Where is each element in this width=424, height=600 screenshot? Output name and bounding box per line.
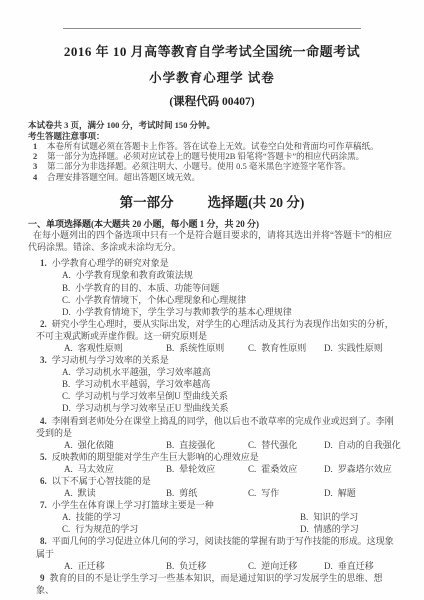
option-text: 正迁移 [78,561,105,571]
question-stem: 6.以下不属于心智技能的是 [28,475,396,487]
option-item: B.知识的学习 [300,511,396,523]
exam-info: 本试卷共 3 页，满分 100 分，考试时间 150 分钟。 [28,120,396,131]
question-number: 5. [40,452,47,462]
question-text: 学习动机与学习效率的关系是 [52,355,169,365]
option-label: D. [62,403,71,413]
option-label: D. [324,561,333,571]
option-label: A. [64,440,73,450]
option-text: 教育性原则 [261,343,306,353]
options: A.默读 B.剪纸 C.写作 D.解题 [28,487,396,499]
option-text: 马太效应 [78,464,114,474]
option-text: 写作 [261,488,279,498]
notice-item: 3 第二部分为非选择题。必须注明大、小题号。使用 0.5 毫米黑色字迹签字笔作答… [28,161,396,171]
notice-title: 考生答题注意事项： [28,131,396,142]
subsection-note: 在每小题列出的四个备选项中只有一个是符合题目要求的，请将其选出并将“答题卡”的相… [28,230,396,253]
option-text: 垂直迁移 [338,561,374,571]
question-text: 小学教育心理学的研究对象是 [52,258,169,268]
question-number: 4. [40,416,47,426]
question-number: 6. [40,476,47,486]
option-item: D.情感的学习 [300,523,396,535]
option-text: 罗森塔尔效应 [338,464,392,474]
option-text: 技能的学习 [76,512,121,522]
question-stem: 8.平面几何的学习促进立体几何的学习，阅读技能的掌握有助于写作技能的形成。这现象… [28,535,396,559]
question-number: 2. [40,319,47,329]
question-5: 5.反映教师的期望能对学生产生巨大影响的心理效应是 A.马太效应 B.晕轮效应 … [28,451,396,475]
option-item: B.晕轮效应 [166,463,248,475]
option-text: 逆向迁移 [261,561,297,571]
question-number: 9 [40,573,45,583]
option-item: B.负迁移 [166,560,248,572]
option-label: C. [248,561,256,571]
question-7: 7.小学生在体育课上学习打篮球主要是一种 A.技能的学习 B.知识的学习 C.行… [28,499,396,535]
option-text: 小学教育的目的、本质、功能等问题 [75,283,219,293]
option-text: 系统性原则 [179,343,224,353]
notice-text: 第一部分为选择题。必须对应试卷上的题号使用2B 铅笔将“答题卡”的相应代码涂黑。 [47,151,396,161]
option-item: A.强化依随 [64,439,166,451]
option-item: D.垂直迁移 [324,560,396,572]
option-label: D. [324,440,333,450]
option-text: 小学教育现象和教育政策法规 [76,270,193,280]
question-1: 1.小学教育心理学的研究对象是 A.小学教育现象和教育政策法规 B.小学教育的目… [28,257,396,317]
option-label: D. [324,488,333,498]
exam-paper-page: 2016 年 10 月高等教育自学考试全国统一命题考试 小学教育心理学 试卷 (… [0,0,424,600]
notice-item: 4 合理安排答题空间。超出答题区域无效。 [28,172,396,182]
option-text: 小学教育情境下，学生学习与教师教学的基本心理规律 [76,307,292,317]
option-text: 学习动机与学习效率呈倒U 型曲线关系 [75,391,228,401]
option-item: D.小学教育情境下，学生学习与教师教学的基本心理规律 [62,306,396,318]
question-text: 反映教师的期望能对学生产生巨大影响的心理效应是 [52,452,259,462]
exam-subtitle: 小学教育心理学 试卷 [28,68,396,86]
question-list: 1.小学教育心理学的研究对象是 A.小学教育现象和教育政策法规 B.小学教育的目… [28,257,396,596]
question-4: 4.李刚看到老师处分在课堂上捣乱的同学，他以后也不敢草率的完成作业或迟到了。李刚… [28,415,396,451]
header-rule [63,28,361,29]
option-text: 客观性原则 [78,343,123,353]
question-stem: 9教育的目的不是让学生学习一些基本知识，而是通过知识的学习发展学生的思维、想象、 [28,572,396,596]
part-title: 选择题(共 20 分) [208,195,305,210]
option-label: A. [62,367,71,377]
option-label: B. [166,488,174,498]
notice-item: 1 本卷所有试题必须在答题卡上作答。答在试卷上无效。试卷空白处和背面均可作草稿纸… [28,141,396,151]
option-label: C. [248,464,256,474]
question-stem: 7.小学生在体育课上学习打篮球主要是一种 [28,499,396,511]
question-3: 3.学习动机与学习效率的关系是 A.学习动机水平越强，学习效率越高 B.学习动机… [28,354,396,414]
option-text: 剪纸 [179,488,197,498]
section-heading: 第一部分选择题(共 20 分) [28,191,396,211]
course-code: (课程代码 00407) [28,93,396,109]
notice-text: 第二部分为非选择题。必须注明大、小题号。使用 0.5 毫米黑色字迹签字笔作答。 [47,161,396,171]
notice-number: 2 [28,151,47,161]
question-text: 李刚看到老师处分在课堂上捣乱的同学，他以后也不敢草率的完成作业或迟到了。李刚受到… [36,416,394,438]
option-item: B.小学教育的目的、本质、功能等问题 [62,282,396,294]
option-label: A. [64,343,73,353]
options: A.学习动机水平越强，学习效率越高 B.学习动机水平越弱，学习效率越高 C.学习… [28,366,396,414]
option-label: B. [300,512,308,522]
option-label: D. [62,307,71,317]
option-text: 晕轮效应 [179,464,215,474]
options: A.正迁移 B.负迁移 C.逆向迁移 D.垂直迁移 [28,560,396,572]
question-stem: 1.小学教育心理学的研究对象是 [28,257,396,269]
question-text: 教育的目的不是让学生学习一些基本知识，而是通过知识的学习发展学生的思维、想象、 [36,573,383,595]
option-text: 自动的自我强化 [338,440,401,450]
option-label: B. [166,343,174,353]
exam-title: 2016 年 10 月高等教育自学考试全国统一命题考试 [28,41,396,60]
option-item: D.实践性原则 [324,342,396,354]
option-item: A.默读 [64,487,166,499]
question-9: 9教育的目的不是让学生学习一些基本知识，而是通过知识的学习发展学生的思维、想象、 [28,572,396,596]
option-label: A. [64,561,73,571]
option-label: C. [62,524,70,534]
option-item: C.逆向迁移 [248,560,324,572]
question-text: 研究小学生心理时，要从实际出发，对学生的心理活动及其行为表现作出如实的分析，不可… [36,319,394,341]
option-item: A.学习动机水平越强，学习效率越高 [62,366,396,378]
question-text: 小学生在体育课上学习打篮球主要是一种 [52,500,214,510]
option-label: A. [64,464,73,474]
notice-text: 合理安排答题空间。超出答题区域无效。 [47,172,396,182]
option-text: 直接强化 [179,440,215,450]
notice-text: 本卷所有试题必须在答题卡上作答。答在试卷上无效。试卷空白处和背面均可作草稿纸。 [47,141,396,151]
option-text: 情感的学习 [314,524,359,534]
option-label: C. [248,440,256,450]
option-text: 学习动机水平越弱，学习效率越高 [75,379,210,389]
question-stem: 5.反映教师的期望能对学生产生巨大影响的心理效应是 [28,451,396,463]
option-label: C. [248,488,256,498]
notice-number: 1 [28,141,47,151]
option-item: A.客观性原则 [64,342,166,354]
option-text: 解题 [338,488,356,498]
option-text: 负迁移 [179,561,206,571]
option-label: D. [324,464,333,474]
option-text: 小学教育情境下，个体心理现象和心理规律 [75,295,246,305]
option-item: C.行为规范的学习 [62,523,300,535]
option-item: B.学习动机水平越弱，学习效率越高 [62,378,396,390]
option-item: A.马太效应 [64,463,166,475]
notice-item: 2 第一部分为选择题。必须对应试卷上的题号使用2B 铅笔将“答题卡”的相应代码涂… [28,151,396,161]
option-item: B.直接强化 [166,439,248,451]
question-number: 7. [40,500,47,510]
option-item: C.写作 [248,487,324,499]
options: A.技能的学习 B.知识的学习 C.行为规范的学习 D.情感的学习 [28,511,396,535]
notice-number: 4 [28,172,47,182]
option-label: C. [62,391,70,401]
option-text: 知识的学习 [313,512,358,522]
options: A.马太效应 B.晕轮效应 C.霍桑效应 D.罗森塔尔效应 [28,463,396,475]
option-item: A.小学教育现象和教育政策法规 [62,269,396,281]
option-text: 默读 [78,488,96,498]
option-label: D. [300,524,309,534]
option-item: A.技能的学习 [62,511,300,523]
option-label: C. [62,295,70,305]
option-item: C.学习动机与学习效率呈倒U 型曲线关系 [62,390,396,402]
question-stem: 4.李刚看到老师处分在课堂上捣乱的同学，他以后也不敢草率的完成作业或迟到了。李刚… [28,415,396,439]
question-number: 1. [40,258,47,268]
question-text: 以下不属于心智技能的是 [52,476,151,486]
option-text: 强化依随 [78,440,114,450]
option-label: B. [166,561,174,571]
question-number: 8. [40,536,47,546]
option-item: B.剪纸 [166,487,248,499]
option-item: D.学习动机与学习效率呈正U 型曲线关系 [62,402,396,414]
question-2: 2.研究小学生心理时，要从实际出发，对学生的心理活动及其行为表现作出如实的分析，… [28,318,396,354]
question-6: 6.以下不属于心智技能的是 A.默读 B.剪纸 C.写作 D.解题 [28,475,396,499]
option-text: 实践性原则 [338,343,383,353]
part-label: 第一部分 [120,195,174,210]
option-text: 行为规范的学习 [75,524,138,534]
option-label: B. [62,283,70,293]
option-label: B. [166,464,174,474]
options: A.强化依随 B.直接强化 C.替代强化 D.自动的自我强化 [28,439,396,451]
question-number: 3. [40,355,47,365]
option-item: C.小学教育情境下，个体心理现象和心理规律 [62,294,396,306]
notice-number: 3 [28,161,47,171]
option-item: D.自动的自我强化 [324,439,401,451]
option-label: D. [324,343,333,353]
option-item: D.解题 [324,487,396,499]
option-item: C.霍桑效应 [248,463,324,475]
option-label: C. [248,343,256,353]
option-item: B.系统性原则 [166,342,248,354]
question-text: 平面几何的学习促进立体几何的学习，阅读技能的掌握有助于写作技能的形成。这现象属于 [36,536,394,558]
options: A.小学教育现象和教育政策法规 B.小学教育的目的、本质、功能等问题 C.小学教… [28,269,396,317]
question-stem: 2.研究小学生心理时，要从实际出发，对学生的心理活动及其行为表现作出如实的分析，… [28,318,396,342]
options: A.客观性原则 B.系统性原则 C.教育性原则 D.实践性原则 [28,342,396,354]
option-item: C.替代强化 [248,439,324,451]
option-label: B. [166,440,174,450]
option-text: 替代强化 [261,440,297,450]
subsection-heading: 一、单项选择题(本大题共 20 小题，每小题 1 分，共 20 分) [28,219,396,231]
option-label: A. [62,270,71,280]
option-label: B. [62,379,70,389]
option-text: 学习动机水平越强，学习效率越高 [76,367,211,377]
option-label: A. [64,488,73,498]
option-item: C.教育性原则 [248,342,324,354]
option-item: A.正迁移 [64,560,166,572]
question-stem: 3.学习动机与学习效率的关系是 [28,354,396,366]
option-item: D.罗森塔尔效应 [324,463,396,475]
option-text: 霍桑效应 [261,464,297,474]
question-8: 8.平面几何的学习促进立体几何的学习，阅读技能的掌握有助于写作技能的形成。这现象… [28,535,396,571]
option-label: A. [62,512,71,522]
option-text: 学习动机与学习效率呈正U 型曲线关系 [76,403,229,413]
